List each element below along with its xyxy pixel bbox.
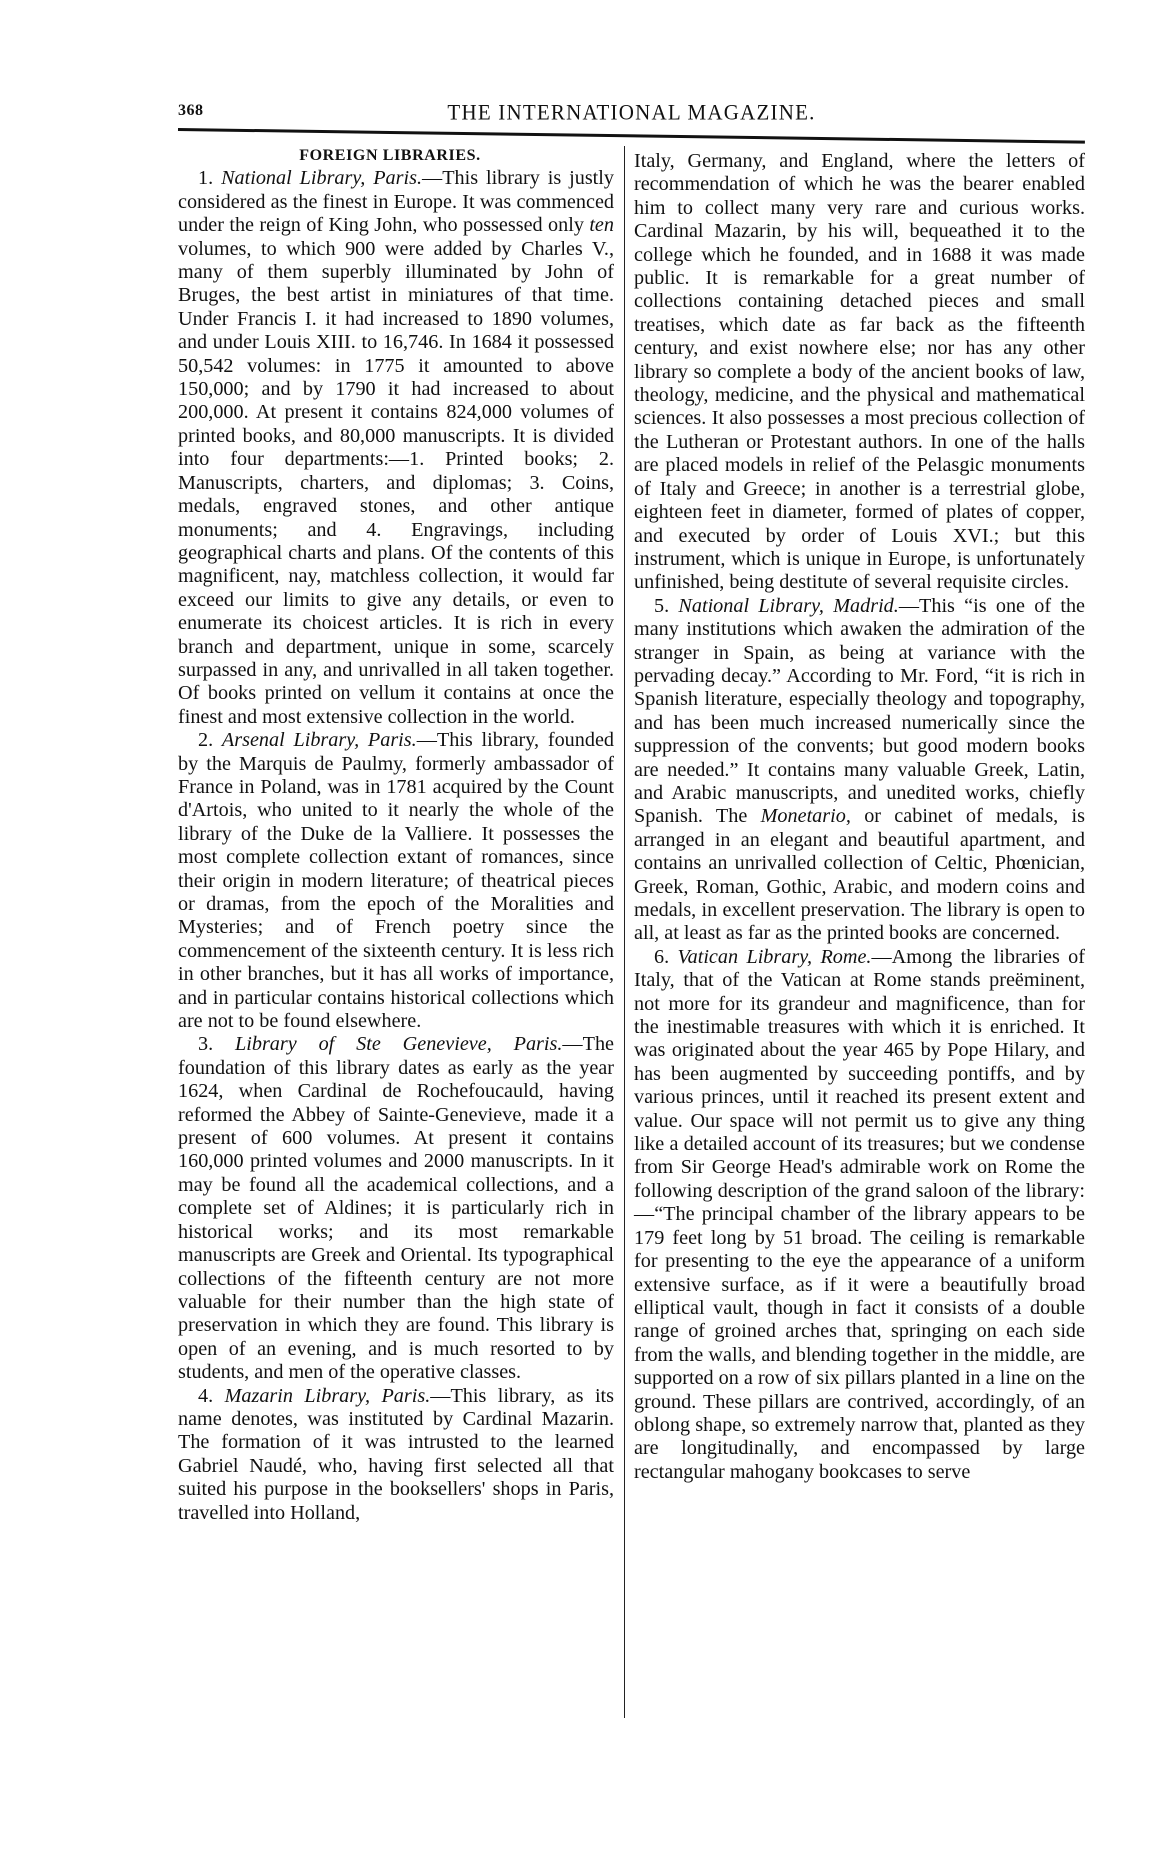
entry-number: 1. bbox=[198, 167, 213, 189]
column-divider bbox=[624, 146, 625, 1718]
entry-text: volumes, to which 900 were added by Char… bbox=[178, 238, 614, 728]
section-heading: FOREIGN LIBRARIES. bbox=[178, 144, 614, 167]
entry-arsenal-library: 2. Arsenal Library, Paris.—This library,… bbox=[178, 729, 614, 1033]
magazine-title: THE INTERNATIONAL MAGAZINE. bbox=[178, 99, 1085, 125]
emphasis: ten bbox=[589, 214, 614, 236]
entry-number: 5. bbox=[654, 595, 669, 617]
left-column: FOREIGN LIBRARIES. 1. National Library, … bbox=[178, 144, 614, 1525]
entry-number: 6. bbox=[654, 946, 669, 968]
entry-title: Vatican Library, Rome. bbox=[678, 946, 872, 968]
entry-national-library-paris: 1. National Library, Paris.—This library… bbox=[178, 167, 614, 729]
entry-number: 3. bbox=[198, 1033, 213, 1055]
entry-title: Library of Ste Genevieve, Paris. bbox=[235, 1033, 562, 1055]
magazine-page: 368 THE INTERNATIONAL MAGAZINE. FOREIGN … bbox=[178, 100, 1085, 126]
entry-vatican-library: 6. Vatican Library, Rome.—Among the libr… bbox=[634, 946, 1085, 1484]
entry-title: Mazarin Library, Paris. bbox=[225, 1385, 431, 1407]
right-column: Italy, Germany, and England, where the l… bbox=[634, 150, 1085, 1484]
entry-national-library-madrid: 5. National Library, Madrid.—This “is on… bbox=[634, 595, 1085, 946]
entry-title: National Library, Paris. bbox=[221, 167, 422, 189]
entry-text: —This library, founded by the Marquis de… bbox=[178, 729, 614, 1032]
mazarin-continuation: Italy, Germany, and England, where the l… bbox=[634, 150, 1085, 595]
entry-title: Arsenal Library, Paris. bbox=[222, 729, 417, 751]
two-column-body: FOREIGN LIBRARIES. 1. National Library, … bbox=[178, 144, 1085, 1734]
entry-mazarin-library: 4. Mazarin Library, Paris.—This library,… bbox=[178, 1385, 614, 1525]
entry-number: 2. bbox=[198, 729, 213, 751]
emphasis: Monetario, bbox=[761, 805, 851, 827]
running-head: 368 THE INTERNATIONAL MAGAZINE. bbox=[178, 100, 1085, 126]
entry-text: —Among the libraries of Italy, that of t… bbox=[634, 946, 1085, 1483]
entry-text: —The foundation of this library dates as… bbox=[178, 1033, 614, 1383]
header-rule bbox=[178, 128, 1085, 144]
entry-number: 4. bbox=[198, 1385, 213, 1407]
entry-text: —This “is one of the many institutions w… bbox=[634, 595, 1085, 828]
entry-ste-genevieve-library: 3. Library of Ste Genevieve, Paris.—The … bbox=[178, 1033, 614, 1384]
entry-title: National Library, Madrid. bbox=[678, 595, 898, 617]
